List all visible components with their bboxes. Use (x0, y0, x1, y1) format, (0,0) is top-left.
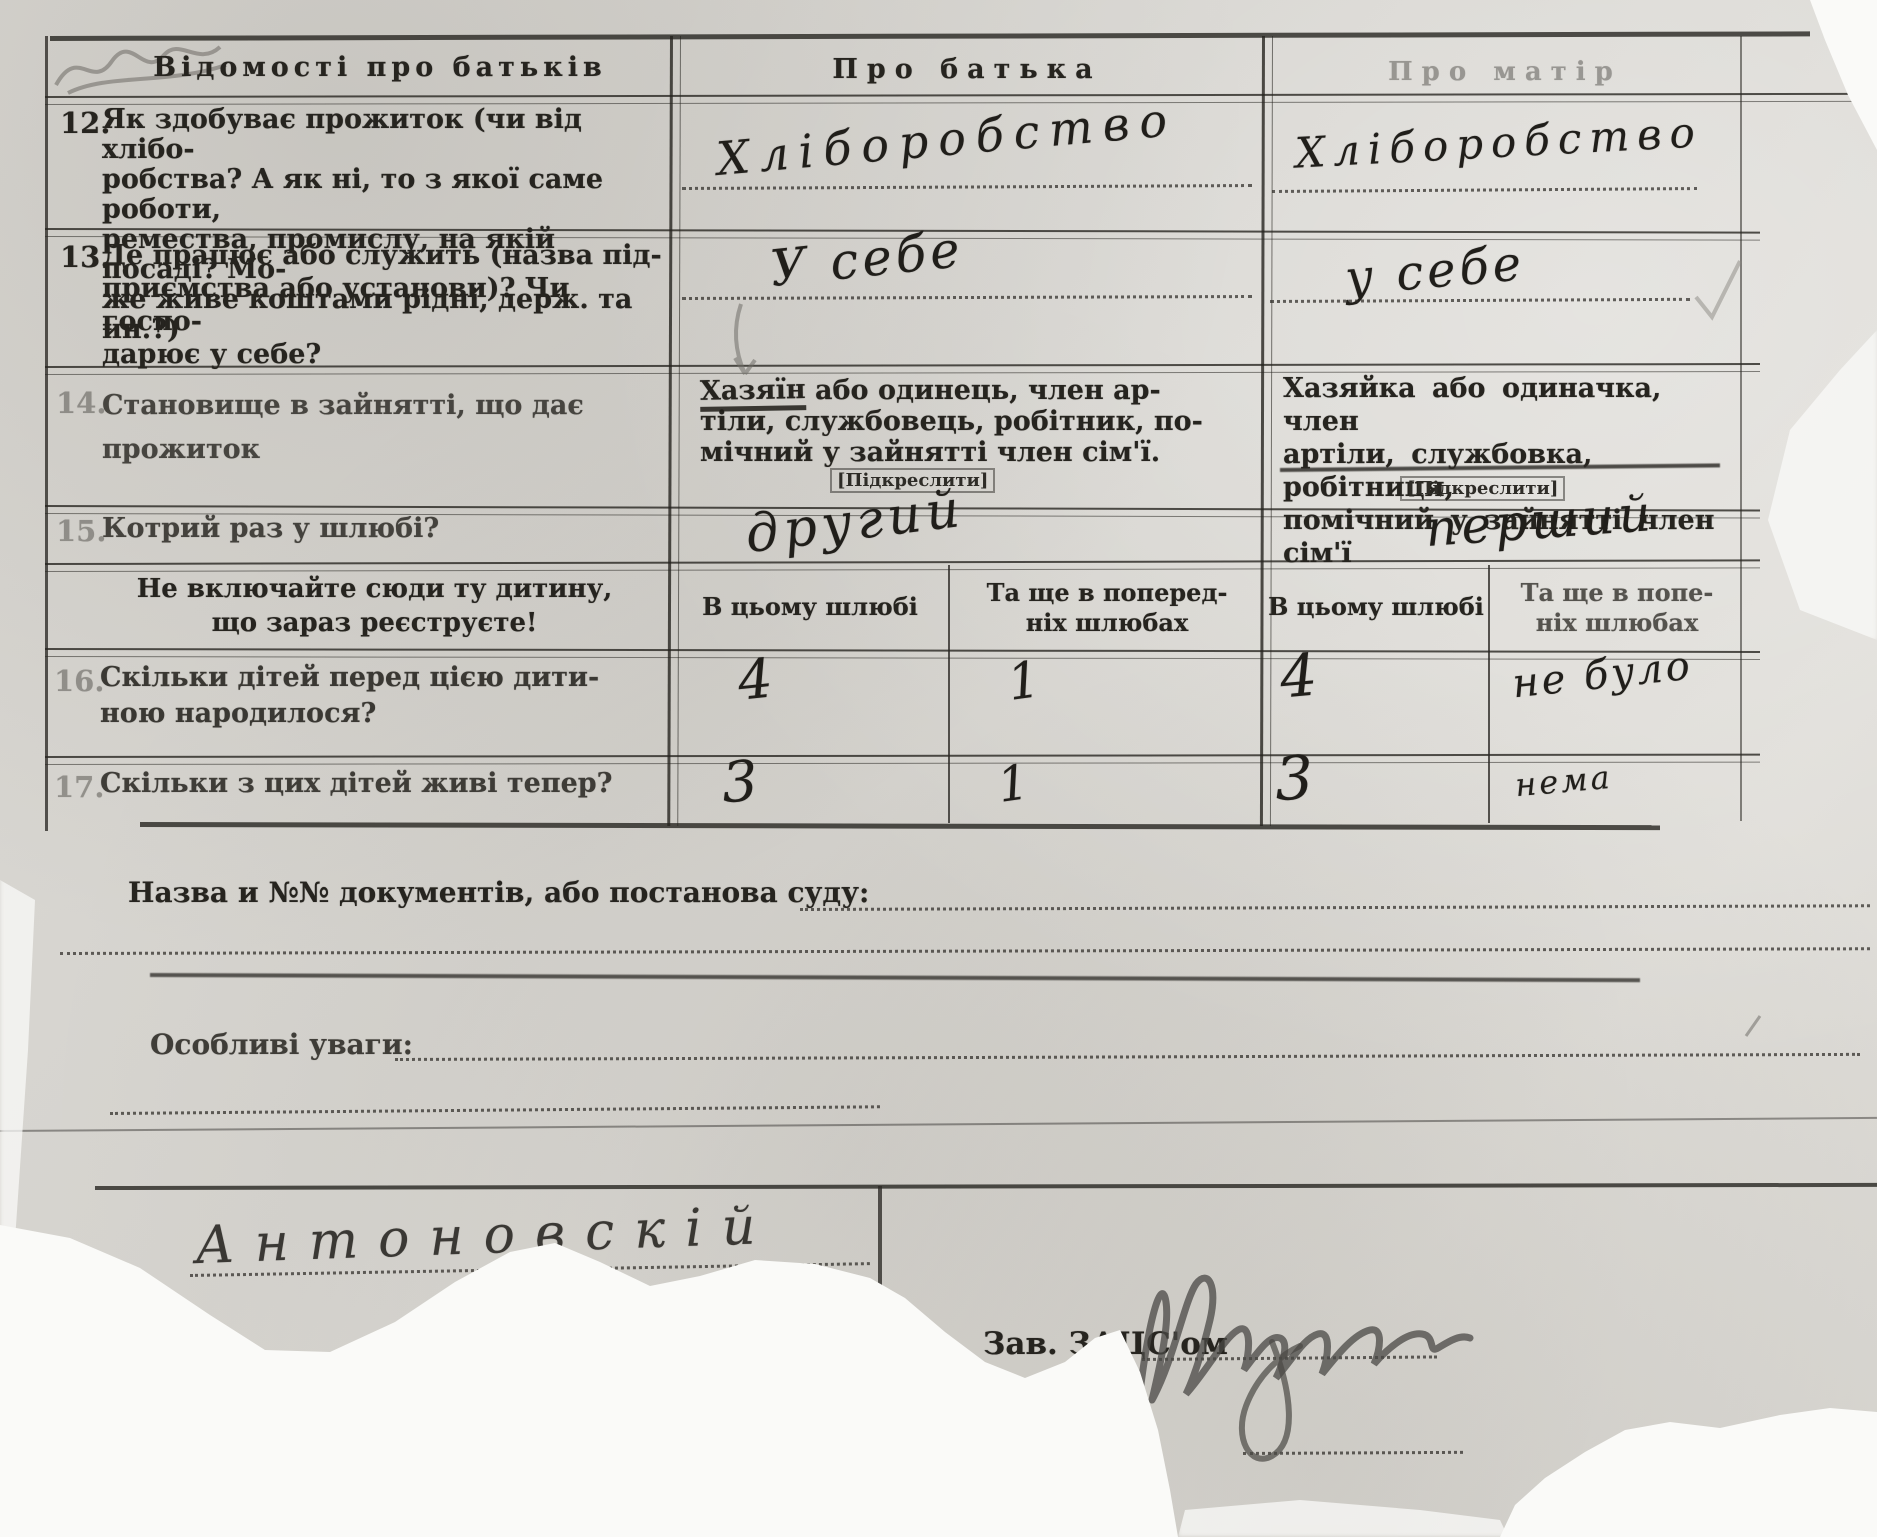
q17-mother-this-value: 3 (1273, 743, 1315, 815)
q13-question: Де працює або служить (назва під- приємс… (102, 239, 664, 371)
q14-question: Становище в зайнятті, що дає прожиток (102, 384, 664, 472)
scanned-registry-form: Відомості про батьків Про батька Про мат… (0, 0, 1877, 1537)
q17-question: Скільки з цих дітей живі тепер? (100, 768, 612, 799)
header-parents-info: Відомості про батьків (130, 52, 630, 83)
table-left-border (45, 36, 48, 831)
q17-father-this-value: 3 (720, 749, 760, 816)
header-about-father: Про батька (672, 54, 1262, 85)
remarks-label: Особливі уваги: (150, 1028, 413, 1061)
q15-number: 15. (56, 514, 106, 548)
q16-father-this-value: 4 (735, 646, 776, 712)
q14-father-underlined-word: Хазяїн (700, 374, 806, 412)
q16-mother-this-value: 4 (1277, 641, 1320, 712)
q14-number: 14. (56, 386, 106, 420)
q16-question: Скільки дітей перед цією дити- ною народ… (100, 660, 662, 732)
father-subcol-border (948, 565, 950, 823)
documents-label: Назва и №№ документів, або постанова суд… (128, 876, 869, 909)
registrar-signature (1122, 1242, 1482, 1472)
header-about-mother: Про матір (1265, 57, 1745, 87)
subheader-father-previous-marriages: Та ще в поперед- ніх шлюбах (952, 578, 1262, 638)
q16-number: 16. (54, 664, 104, 698)
q15-question: Котрий раз у шлюбі? (102, 513, 439, 544)
subheader-mother-previous-marriages: Та ще в попе- ніх шлюбах (1492, 578, 1742, 638)
q17-number: 17. (54, 770, 104, 804)
pencil-tick-mark (1742, 1012, 1772, 1042)
q14-father-options: Хазяїн або одинець, член ар- тіли, служб… (700, 375, 1260, 468)
subheader-note: Не включайте сюди ту дитину, що зараз ре… (92, 572, 657, 640)
pencil-check-mark (1690, 255, 1750, 325)
subheader-mother-this-marriage: В цьому шлюбі (1266, 592, 1486, 621)
mother-subcol-border (1488, 565, 1490, 823)
col2-col3-border (1260, 36, 1273, 826)
subheader-father-this-marriage: В цьому шлюбі (674, 592, 946, 621)
